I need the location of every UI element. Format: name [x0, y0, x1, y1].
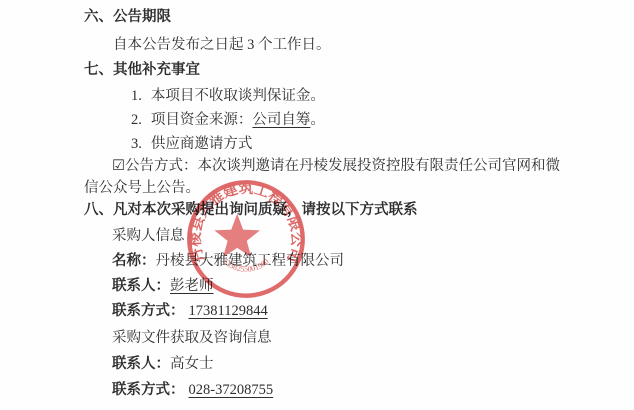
purchaser-name-row: 名称：丹棱县大雅建筑工程有限公司 — [112, 252, 344, 271]
name-value: 丹棱县大雅建筑工程有限公司 — [156, 253, 345, 269]
contact-value: 彭老师 — [170, 278, 214, 294]
list-item-2-suffix: 。 — [310, 112, 325, 128]
announce-method-paragraph: ☑公告方式：本次谈判邀请在丹棱发展投资控股有限责任公司官网和微信公众号上公告。 — [84, 155, 568, 199]
phone-value: 028-37208755 — [189, 382, 274, 398]
list-item-2: 2.项目资金来源：公司自筹。 — [131, 111, 325, 130]
doc-contact-row: 联系人：高女士 — [112, 355, 214, 374]
list-item-2-text: 项目资金来源： — [151, 112, 253, 128]
section-6-heading: 六、公告期限 — [84, 8, 171, 27]
contact-value: 高女士 — [170, 356, 214, 372]
phone-label: 联系方式： — [112, 382, 185, 398]
doc-acquisition-title: 采购文件获取及咨询信息 — [112, 329, 272, 348]
purchaser-contact-row: 联系人：彭老师 — [112, 277, 214, 296]
star-icon — [214, 214, 259, 257]
document-page: 六、公告期限 自本公告发布之日起 3 个工作日。 七、其他补充事宜 1.本项目不… — [0, 0, 634, 410]
section-8-heading: 八、凡对本次采购提出询问质疑，请按以下方式联系 — [84, 201, 418, 220]
phone-value: 17381129844 — [189, 303, 268, 319]
section-7-heading: 七、其他补充事宜 — [84, 61, 200, 80]
doc-phone-row: 联系方式：028-37208755 — [112, 381, 273, 400]
announcement-period-text: 自本公告发布之日起 3 个工作日。 — [113, 36, 331, 55]
list-item-3-number: 3. — [131, 135, 142, 154]
list-item-1-number: 1. — [131, 87, 142, 106]
checkbox-checked-icon: ☑ — [112, 158, 125, 174]
announce-method-text: 公告方式：本次谈判邀请在丹棱发展投资控股有限责任公司官网和微信公众号上公告。 — [84, 158, 560, 196]
list-item-1-text: 本项目不收取谈判保证金。 — [151, 88, 325, 104]
list-item-3: 3.供应商邀请方式 — [131, 135, 252, 154]
contact-label: 联系人： — [112, 278, 170, 294]
purchaser-info-title: 采购人信息 — [112, 227, 185, 246]
list-item-3-text: 供应商邀请方式 — [151, 136, 253, 152]
list-item-1: 1.本项目不收取谈判保证金。 — [131, 87, 325, 106]
list-item-2-number: 2. — [131, 111, 142, 130]
funding-source-underlined: 公司自筹 — [252, 112, 310, 128]
purchaser-phone-row: 联系方式：17381129844 — [112, 302, 268, 321]
contact-label: 联系人： — [112, 356, 170, 372]
name-label: 名称： — [112, 253, 156, 269]
phone-label: 联系方式： — [112, 303, 185, 319]
